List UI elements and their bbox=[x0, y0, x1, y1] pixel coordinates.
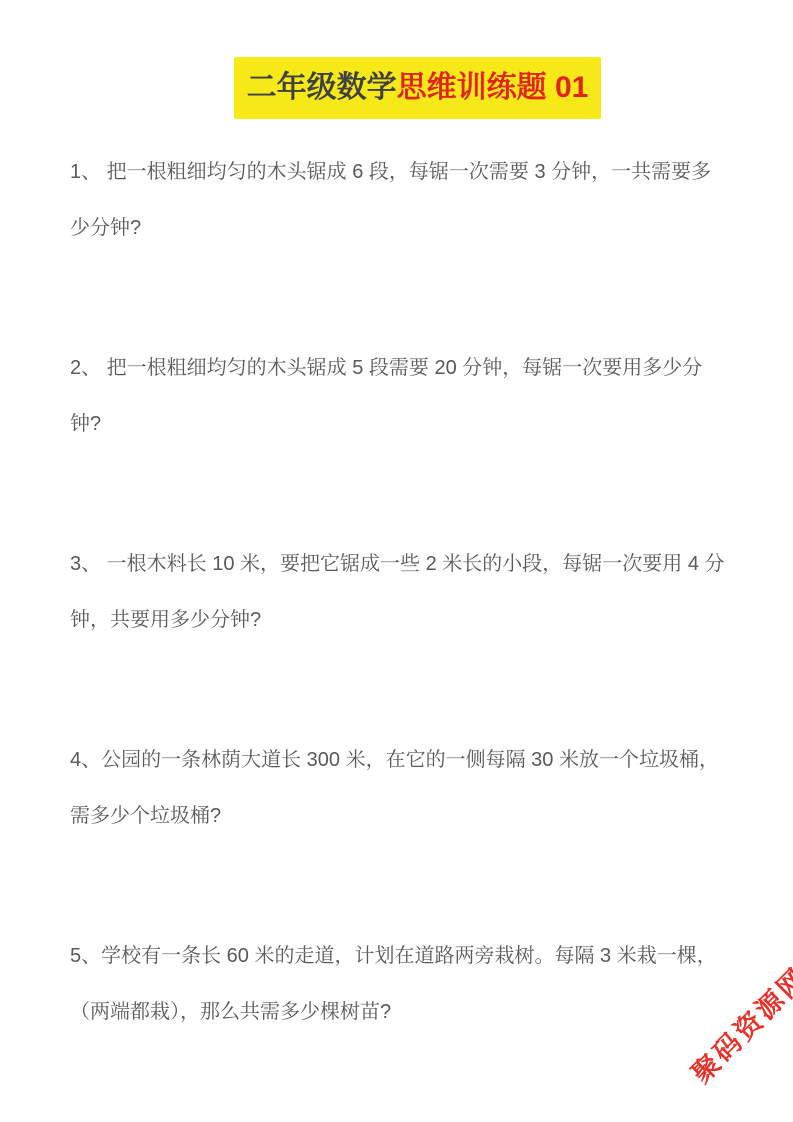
question-3: 3、 一根木料长 10 米，要把它锯成一些 2 米长的小段，每锯一次要用 4 分… bbox=[70, 536, 753, 648]
question-1-line-1: 1、 把一根粗细均匀的木头锯成 6 段，每锯一次需要 3 分钟，一共需要多 bbox=[70, 144, 753, 200]
title-row: 二年级数学思维训练题 01 bbox=[0, 0, 793, 119]
question-4-line-1: 4、公园的一条林荫大道长 300 米，在它的一侧每隔 30 米放一个垃圾桶， bbox=[70, 732, 753, 788]
question-1: 1、 把一根粗细均匀的木头锯成 6 段，每锯一次需要 3 分钟，一共需要多 少分… bbox=[70, 144, 753, 256]
title-grade-subject: 二年级数学 bbox=[247, 71, 397, 104]
question-5-line-2: （两端都栽），那么共需多少棵树苗? bbox=[70, 984, 753, 1040]
question-4: 4、公园的一条林荫大道长 300 米，在它的一侧每隔 30 米放一个垃圾桶， 需… bbox=[70, 732, 753, 844]
title-series-number: 思维训练题 01 bbox=[397, 71, 589, 104]
question-2-line-2: 钟? bbox=[70, 396, 753, 452]
page-title: 二年级数学思维训练题 01 bbox=[234, 57, 602, 119]
question-3-line-1: 3、 一根木料长 10 米，要把它锯成一些 2 米长的小段，每锯一次要用 4 分 bbox=[70, 536, 753, 592]
question-5-line-1: 5、学校有一条长 60 米的走道，计划在道路两旁栽树。每隔 3 米栽一棵， bbox=[70, 928, 753, 984]
question-2-line-1: 2、 把一根粗细均匀的木头锯成 5 段需要 20 分钟，每锯一次要用多少分 bbox=[70, 340, 753, 396]
question-1-line-2: 少分钟? bbox=[70, 200, 753, 256]
worksheet-page: 二年级数学思维训练题 01 1、 把一根粗细均匀的木头锯成 6 段，每锯一次需要… bbox=[0, 0, 793, 1122]
question-4-line-2: 需多少个垃圾桶? bbox=[70, 788, 753, 844]
question-5: 5、学校有一条长 60 米的走道，计划在道路两旁栽树。每隔 3 米栽一棵， （两… bbox=[70, 928, 753, 1040]
questions-list: 1、 把一根粗细均匀的木头锯成 6 段，每锯一次需要 3 分钟，一共需要多 少分… bbox=[0, 119, 793, 1040]
question-2: 2、 把一根粗细均匀的木头锯成 5 段需要 20 分钟，每锯一次要用多少分 钟? bbox=[70, 340, 753, 452]
question-3-line-2: 钟，共要用多少分钟? bbox=[70, 592, 753, 648]
